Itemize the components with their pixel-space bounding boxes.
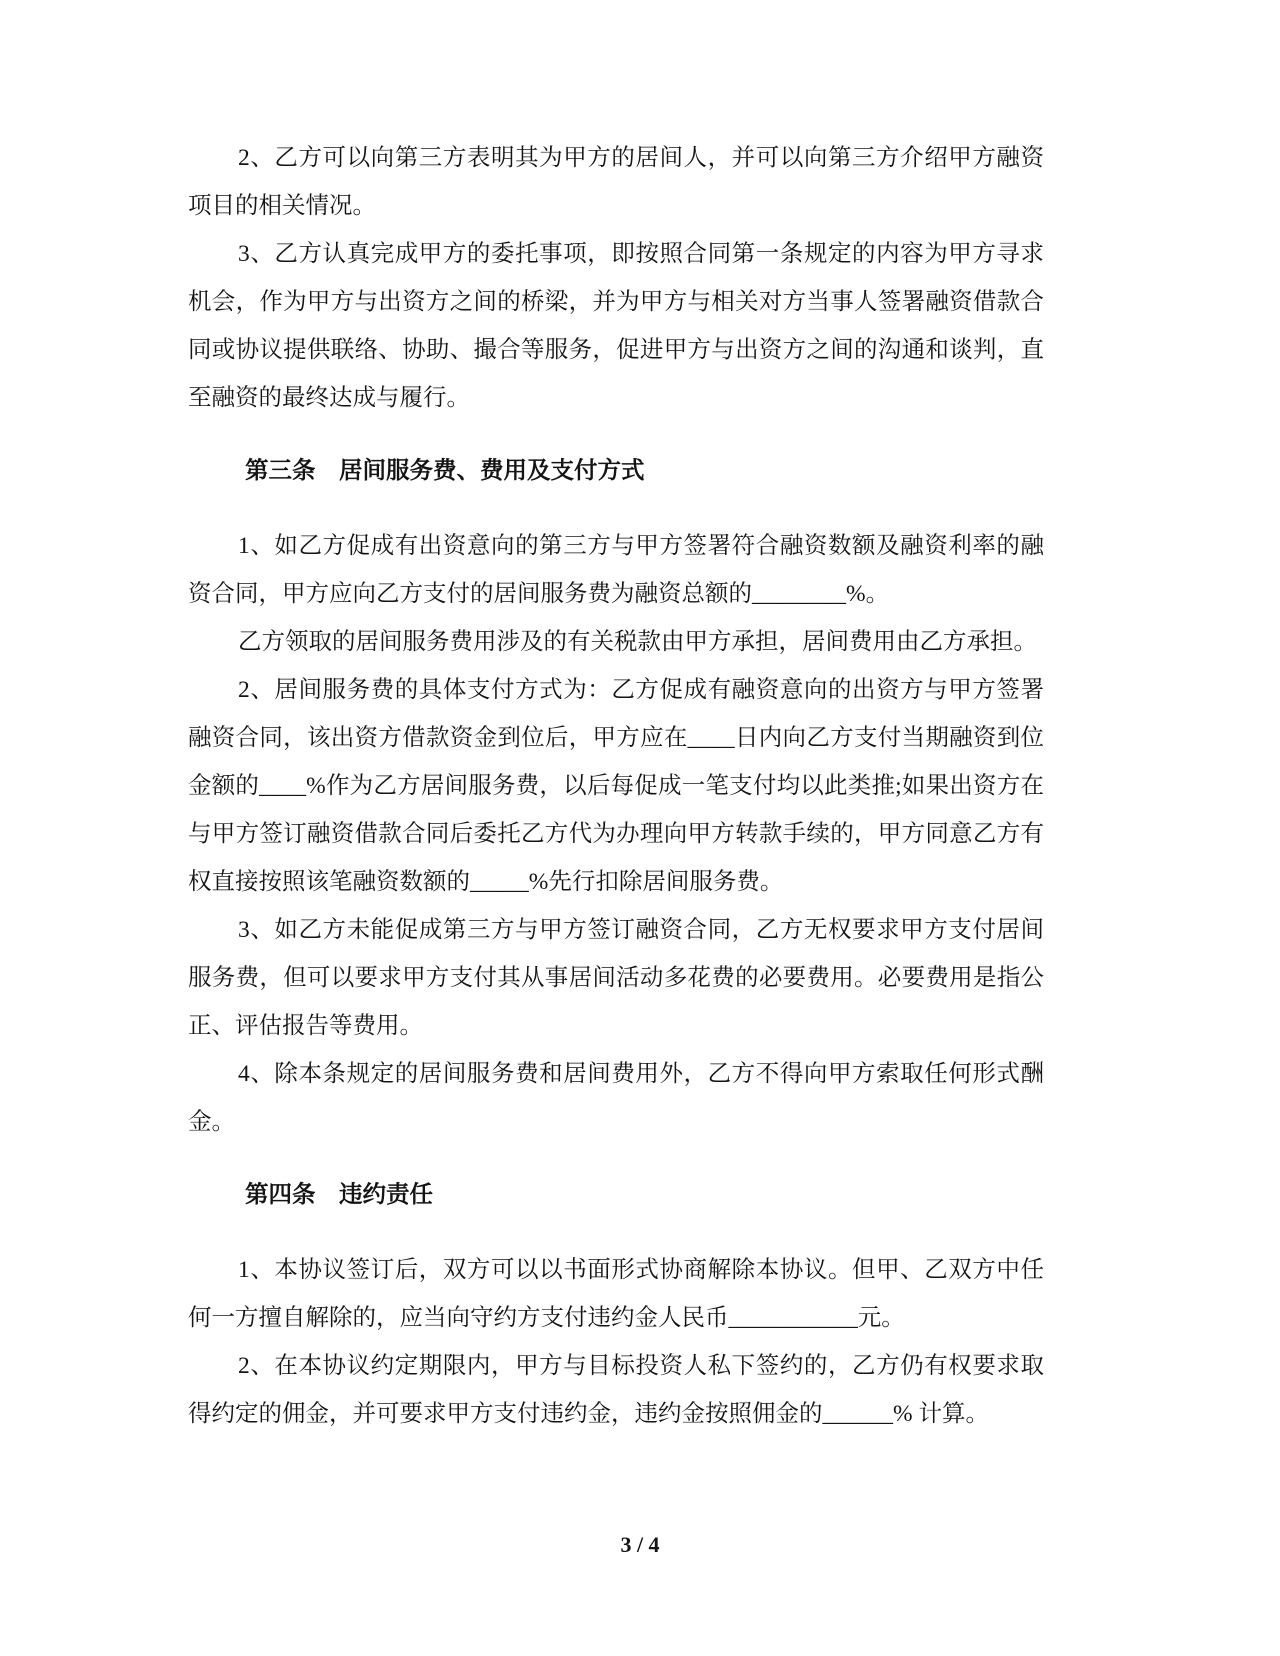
contract-paragraph-item-2: 2、乙方可以向第三方表明其为甲方的居间人，并可以向第三方介绍甲方融资项目的相关情… (188, 134, 1044, 230)
section-heading-article-3: 第三条 居间服务费、费用及支付方式 (188, 447, 1044, 495)
contract-paragraph-fee-3: 3、如乙方未能促成第三方与甲方签订融资合同，乙方无权要求甲方支付居间服务费，但可… (188, 906, 1044, 1050)
section-heading-article-4: 第四条 违约责任 (188, 1171, 1044, 1219)
contract-paragraph-fee-2: 2、居间服务费的具体支付方式为：乙方促成有融资意向的出资方与甲方签署融资合同，该… (188, 666, 1044, 906)
contract-paragraph-breach-2: 2、在本协议约定期限内，甲方与目标投资人私下签约的，乙方仍有权要求取得约定的佣金… (188, 1342, 1044, 1438)
document-page: 2、乙方可以向第三方表明其为甲方的居间人，并可以向第三方介绍甲方融资项目的相关情… (0, 0, 1280, 1656)
contract-paragraph-breach-1: 1、本协议签订后，双方可以以书面形式协商解除本协议。但甲、乙双方中任何一方擅自解… (188, 1246, 1044, 1342)
page-number: 3 / 4 (0, 1532, 1280, 1558)
contract-paragraph-fee-1: 1、如乙方促成有出资意向的第三方与甲方签署符合融资数额及融资利率的融资合同，甲方… (188, 522, 1044, 618)
contract-paragraph-item-3: 3、乙方认真完成甲方的委托事项，即按照合同第一条规定的内容为甲方寻求机会，作为甲… (188, 230, 1044, 422)
contract-paragraph-fee-tax: 乙方领取的居间服务费用涉及的有关税款由甲方承担，居间费用由乙方承担。 (188, 618, 1044, 666)
contract-paragraph-fee-4: 4、除本条规定的居间服务费和居间费用外，乙方不得向甲方索取任何形式酬金。 (188, 1050, 1044, 1146)
contract-body: 2、乙方可以向第三方表明其为甲方的居间人，并可以向第三方介绍甲方融资项目的相关情… (188, 134, 1044, 1438)
